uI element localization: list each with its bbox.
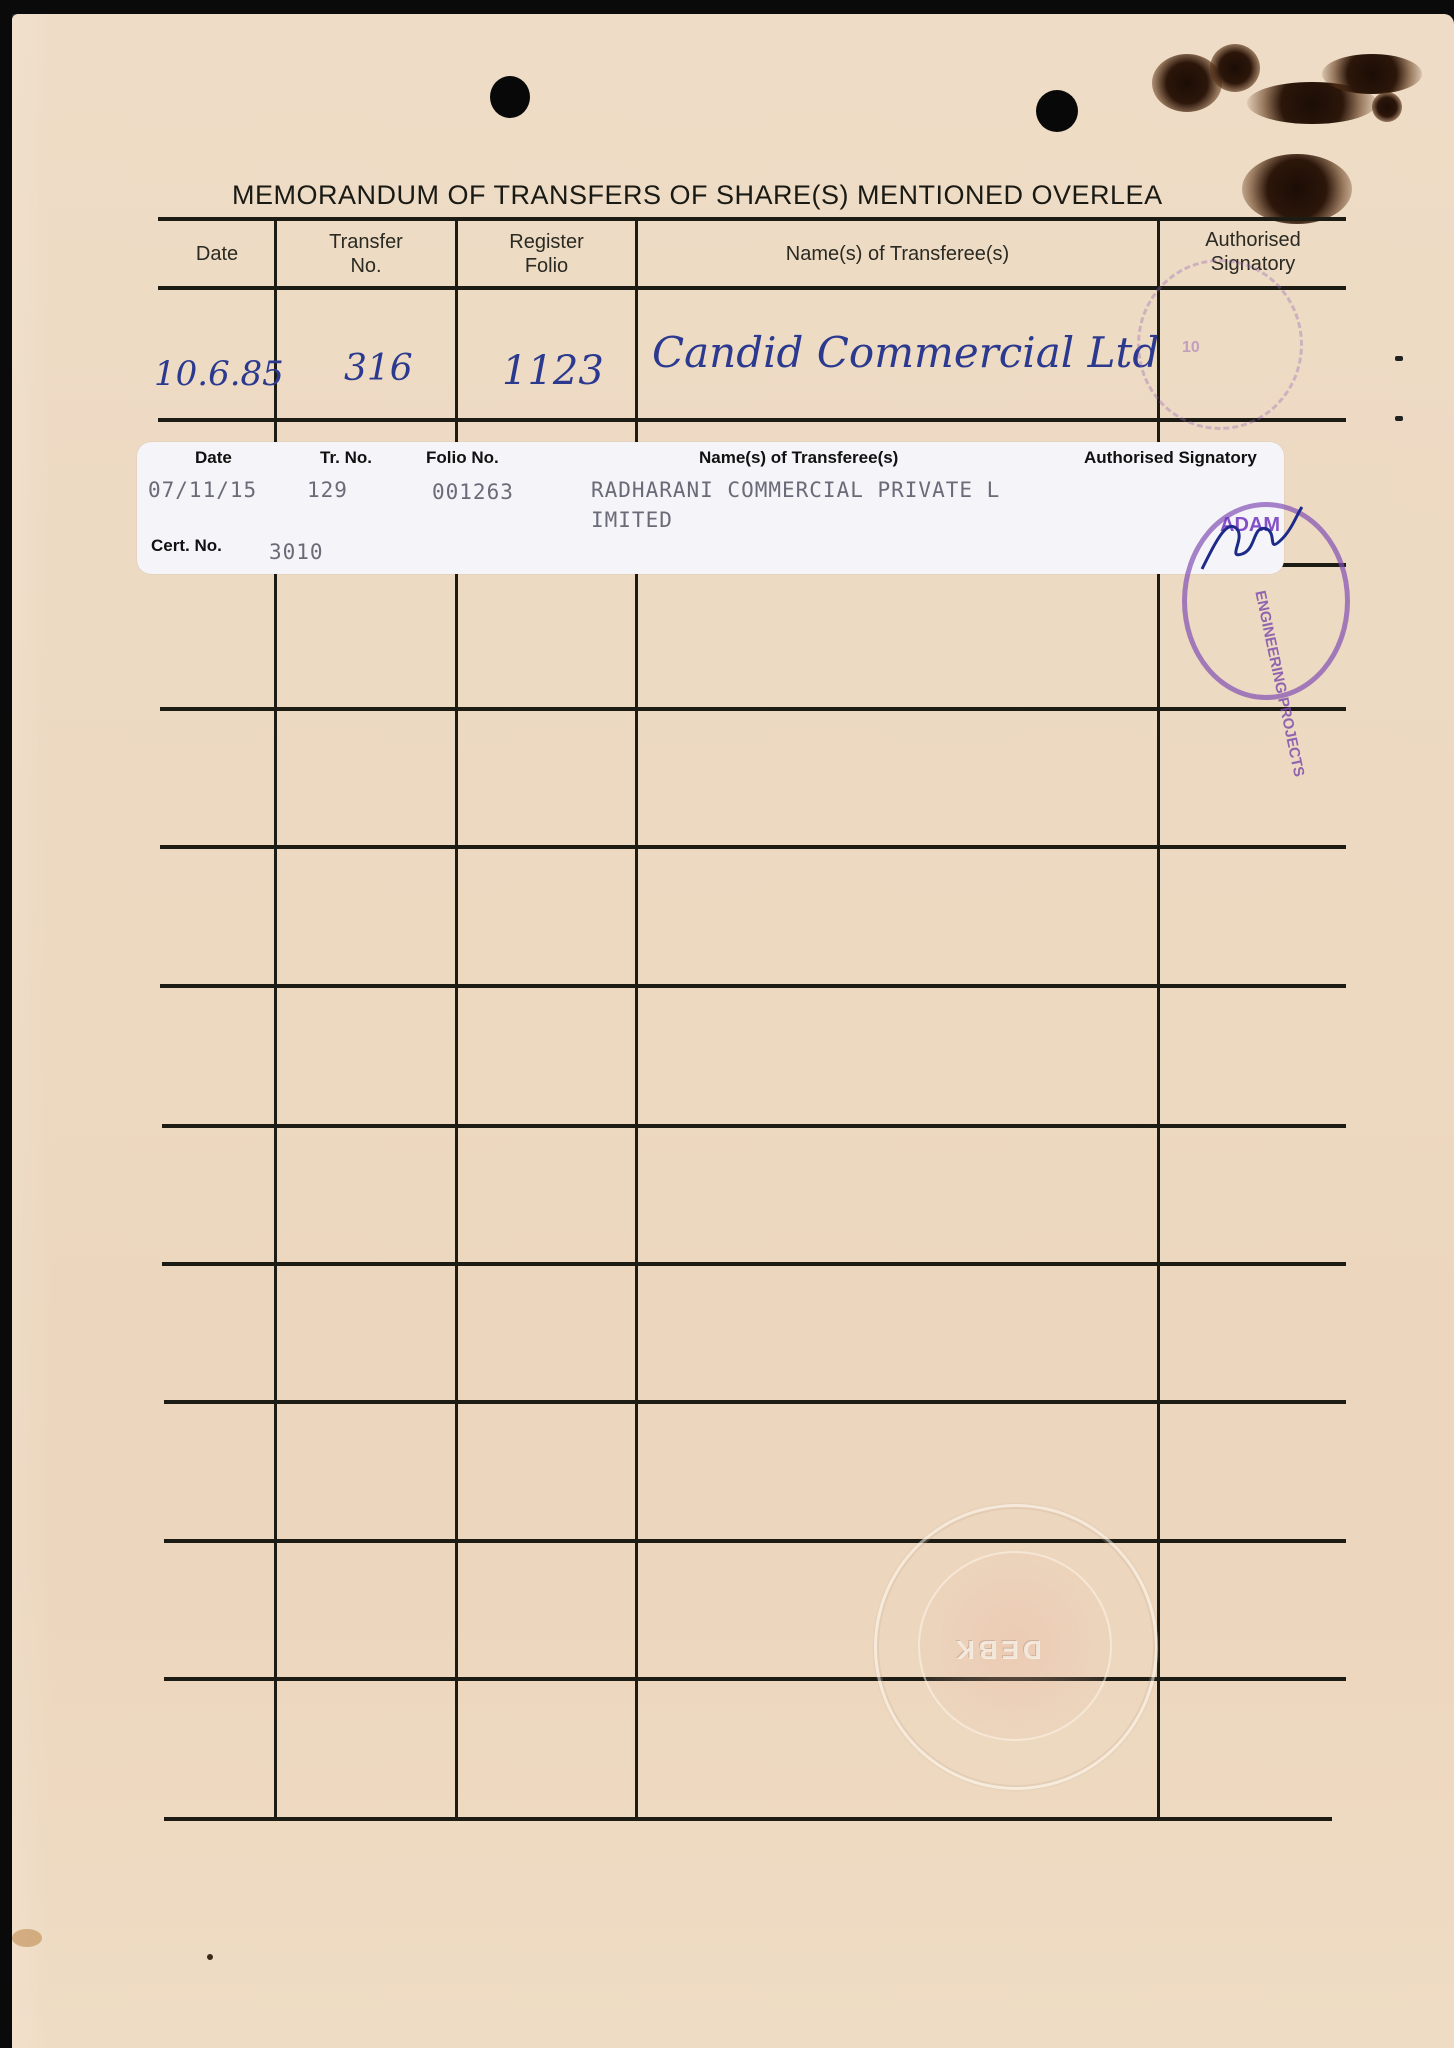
row-transferee: Candid Commercial Ltd xyxy=(652,328,1159,377)
column-header-date: Date xyxy=(160,242,274,266)
label-date-value: 07/11/15 xyxy=(148,478,257,502)
share-transfer-memorandum-page: MEMORANDUM OF TRANSFERS OF SHARE(S) MENT… xyxy=(12,14,1454,2048)
row-register-folio: 1123 xyxy=(502,348,604,394)
staple-mark-bottom xyxy=(1395,416,1403,421)
label-transferee-line2: IMITED xyxy=(591,508,673,532)
row-date: 10.6.85 xyxy=(154,354,284,394)
label-header-cert-no: Cert. No. xyxy=(151,536,222,556)
column-header-register-folio: Register Folio xyxy=(458,230,635,278)
staple-mark-top xyxy=(1395,356,1403,361)
embossed-seal-text: DEBK xyxy=(952,1634,1042,1665)
label-cert-no-value: 3010 xyxy=(269,540,324,564)
label-header-date: Date xyxy=(195,448,232,468)
label-tr-no-value: 129 xyxy=(307,478,348,502)
transfer-label-sticker: Date Tr. No. Folio No. Name(s) of Transf… xyxy=(137,442,1284,574)
page-title: MEMORANDUM OF TRANSFERS OF SHARE(S) MENT… xyxy=(232,180,1163,211)
signature-icon xyxy=(1197,499,1307,579)
label-header-transferee: Name(s) of Transferee(s) xyxy=(699,448,898,468)
column-header-transfer-no: Transfer No. xyxy=(277,230,455,278)
label-header-folio-no: Folio No. xyxy=(426,448,499,468)
column-header-transferee: Name(s) of Transferee(s) xyxy=(638,242,1157,266)
punch-hole-left xyxy=(490,76,530,118)
speck-mark xyxy=(207,1954,213,1960)
punch-hole-right xyxy=(1036,90,1078,132)
label-header-tr-no: Tr. No. xyxy=(320,448,372,468)
label-transferee-line1: RADHARANI COMMERCIAL PRIVATE L xyxy=(591,478,1000,502)
stain-mark xyxy=(12,1929,42,1947)
row-transfer-no: 316 xyxy=(344,348,413,389)
stamp-date-text: 10 xyxy=(1182,339,1200,357)
company-stamp-faint xyxy=(1137,259,1303,430)
label-folio-no-value: 001263 xyxy=(432,480,514,504)
label-header-signatory: Authorised Signatory xyxy=(1084,448,1257,468)
